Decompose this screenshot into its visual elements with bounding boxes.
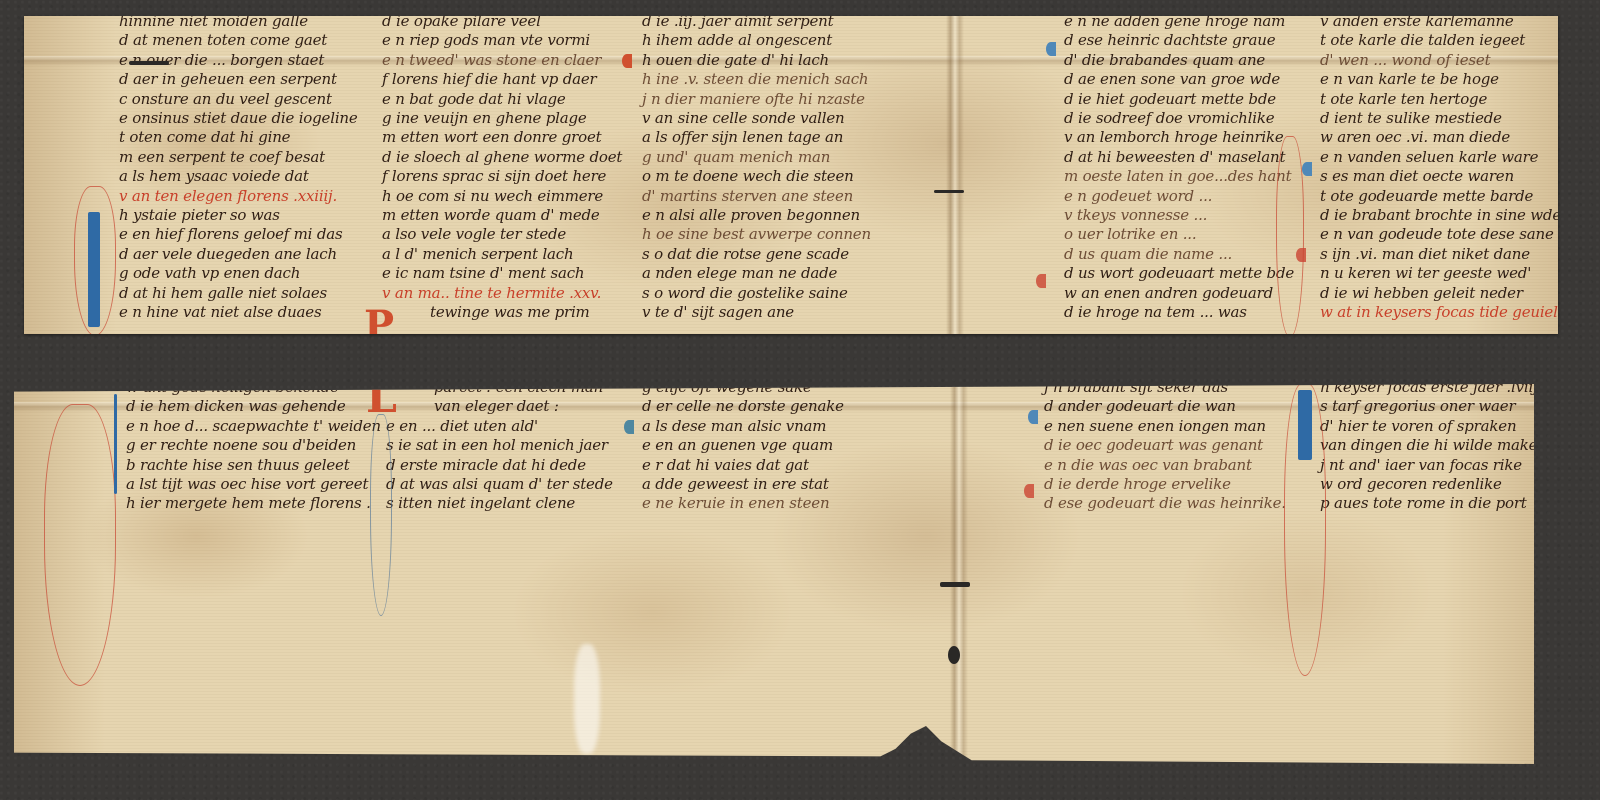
- text-line: d er celle ne dorste genake: [642, 397, 844, 416]
- manuscript-strip-top: hinnine niet moiden galle d at menen tot…: [24, 16, 1558, 334]
- text-line: tewinge was me prim: [382, 303, 622, 322]
- text-line: p aues tote rome in die port: [1320, 494, 1534, 513]
- text-column-3: g elijc oft wegene sake d er celle ne do…: [642, 384, 844, 514]
- text-line: d at hi beweesten d' maselant: [1064, 148, 1294, 167]
- text-line: d at was alsi quam d' ter stede: [386, 475, 613, 494]
- text-line: e n vanden seluen karle ware: [1320, 148, 1558, 167]
- red-flourish-icon: [44, 404, 116, 686]
- text-line: e n bat gode dat hi vlage: [382, 90, 622, 109]
- text-line: a ls hem ysaac voiede dat: [119, 167, 358, 186]
- text-line: g elijc oft wegene sake: [642, 384, 844, 397]
- text-line: d ese godeuart die was heinrike.: [1044, 494, 1286, 513]
- text-line: d ie oec godeuart was genant: [1044, 436, 1286, 455]
- paragraph-mark-icon: [624, 420, 634, 434]
- blue-flourish-icon: [370, 414, 392, 616]
- text-line: e r dat hi vaies dat gat: [642, 456, 844, 475]
- text-line: van eleger daet :: [386, 397, 613, 416]
- red-flourish-icon: [1276, 136, 1304, 334]
- text-line: s ie sat in een hol menich jaer: [386, 436, 613, 455]
- text-line: v an lemborch hroge heinrike: [1064, 128, 1294, 147]
- text-line: h ier mergete hem mete florens .: [126, 494, 381, 513]
- text-line: j nt and' iaer van focas rike: [1320, 456, 1534, 475]
- text-line: h oe sine best avwerpe connen: [642, 225, 871, 244]
- paragraph-mark-icon: [1036, 274, 1046, 288]
- text-line: a nden elege man ne dade: [642, 264, 871, 283]
- text-line: h ouen die gate d' hi lach: [642, 51, 871, 70]
- text-line: s ijn .vi. man diet niket dane: [1320, 245, 1558, 264]
- text-line: m etten worde quam d' mede: [382, 206, 622, 225]
- text-line: o m te doene wech die steen: [642, 167, 871, 186]
- text-line: e n hine vat niet alse duaes: [119, 303, 358, 322]
- center-fold: [950, 384, 968, 764]
- text-line: n u keren wi ter geeste wed': [1320, 264, 1558, 283]
- text-line: t ote godeuarde mette barde: [1320, 187, 1558, 206]
- text-column-2: d ie opake pilare veel e n riep gods man…: [382, 16, 622, 323]
- center-fold: [946, 16, 964, 334]
- text-column-4: j n brabant sijt seker das d ander godeu…: [1044, 384, 1286, 514]
- text-line: t ote karle ten hertoge: [1320, 90, 1558, 109]
- text-line: m oeste laten in goe...des hant: [1064, 167, 1294, 186]
- text-line: g er rechte noene sou d'beiden: [126, 436, 381, 455]
- text-line: h ihem adde al ongescent: [642, 31, 871, 50]
- text-line: e onsinus stiet daue die iogeline: [119, 109, 358, 128]
- text-line: w ant gods heiligen bekende: [126, 384, 381, 397]
- text-line: d ie opake pilare veel: [382, 16, 622, 31]
- text-line: n keyser focas erste jaer .lviij.: [1320, 384, 1534, 397]
- text-column-3: d ie .iij. jaer aimit serpent h ihem add…: [642, 16, 871, 323]
- text-line: e n ne adden gene hroge nam: [1064, 16, 1294, 31]
- text-line: s tarf gregorius oner waer: [1320, 397, 1534, 416]
- text-line: h oe com si nu wech eimmere: [382, 187, 622, 206]
- rubric-line: w at in keysers focas tide geuiel: [1320, 303, 1558, 322]
- text-line: s es man diet oecte waren: [1320, 167, 1558, 186]
- text-line: d ie hem dicken was gehende: [126, 397, 381, 416]
- text-line: c onsture an du veel gescent: [119, 90, 358, 109]
- text-line: d ie brabant brochte in sine wde: [1320, 206, 1558, 225]
- parchment-hole: [129, 61, 169, 65]
- blue-flourish-line: [114, 394, 117, 494]
- text-line: d erste miracle dat hi dede: [386, 456, 613, 475]
- text-line: a ls dese man alsic vnam: [642, 417, 844, 436]
- text-line: v te d' sijt sagen ane: [642, 303, 871, 322]
- red-flourish-icon: [1284, 384, 1326, 676]
- text-line: e n godeuet word ...: [1064, 187, 1294, 206]
- text-line: d' die brabandes quam ane: [1064, 51, 1294, 70]
- text-column-2: parcet : een clech man van eleger daet :…: [386, 384, 613, 514]
- red-initial-p: P: [364, 302, 394, 334]
- text-column-1: w ant gods heiligen bekende d ie hem dic…: [126, 384, 381, 514]
- text-line: e nen suene enen iongen man: [1044, 417, 1286, 436]
- text-column-4: e n ne adden gene hroge nam d ese heinri…: [1064, 16, 1294, 323]
- text-line: b rachte hise sen thuus geleet: [126, 456, 381, 475]
- text-line: j n dier maniere ofte hi nzaste: [642, 90, 871, 109]
- text-line: d ese heinric dachtste graue: [1064, 31, 1294, 50]
- paragraph-mark-icon: [1302, 162, 1312, 176]
- text-line: d' wen ... wond of ieset: [1320, 51, 1558, 70]
- text-column-5: v anden erste karlemanne t ote karle die…: [1320, 16, 1558, 323]
- paragraph-mark-icon: [1024, 484, 1034, 498]
- text-line: w ord gecoren redenlike: [1320, 475, 1534, 494]
- text-line: d aer vele duegeden ane lach: [119, 245, 358, 264]
- text-column-5: n keyser focas erste jaer .lviij. s tarf…: [1320, 384, 1534, 514]
- text-line: m etten wort een donre groet: [382, 128, 622, 147]
- parchment-stain: [574, 644, 600, 754]
- text-line: t ote karle die talden iegeet: [1320, 31, 1558, 50]
- text-line: parcet : een clech man: [386, 384, 613, 397]
- text-line: g ode vath vp enen dach: [119, 264, 358, 283]
- text-line: e n hoe d... scaepwachte t' weiden: [126, 417, 381, 436]
- text-line: d ie sloech al ghene worme doet: [382, 148, 622, 167]
- text-line: d ient te sulike mestiede: [1320, 109, 1558, 128]
- text-line: d ie derde hroge ervelike: [1044, 475, 1286, 494]
- paragraph-mark-icon: [622, 54, 632, 68]
- text-line: e n van godeude tote dese sane: [1320, 225, 1558, 244]
- text-line: e en hief florens geloef mi das: [119, 225, 358, 244]
- rubric-line: v an ma.. tine te hermite .xxv.: [382, 284, 622, 303]
- text-line: hinnine niet moiden galle: [119, 16, 358, 31]
- text-line: a dde geweest in ere stat: [642, 475, 844, 494]
- text-line: h ystaie pieter so was: [119, 206, 358, 225]
- text-line: t oten come dat hi gine: [119, 128, 358, 147]
- paragraph-mark-icon: [1028, 410, 1038, 424]
- text-line: a ls offer sijn lenen tage an: [642, 128, 871, 147]
- text-line: d ie hroge na tem ... was: [1064, 303, 1294, 322]
- text-line: v tkeys vonnesse ...: [1064, 206, 1294, 225]
- text-line: d at menen toten come gaet: [119, 31, 358, 50]
- text-line: v anden erste karlemanne: [1320, 16, 1558, 31]
- parchment-hole: [934, 190, 964, 193]
- text-line: o uer lotrike en ...: [1064, 225, 1294, 244]
- text-line: s o word die gostelike saine: [642, 284, 871, 303]
- text-line: a lso vele vogle ter stede: [382, 225, 622, 244]
- text-line: e n tweed' was stone en claer: [382, 51, 622, 70]
- text-line: e n die was oec van brabant: [1044, 456, 1286, 475]
- text-line: e en ... diet uten ald': [386, 417, 613, 436]
- text-line: f lorens hief die hant vp daer: [382, 70, 622, 89]
- text-line: d us quam die name ...: [1064, 245, 1294, 264]
- text-line: e n van karle te be hoge: [1320, 70, 1558, 89]
- text-line: m een serpent te coef besat: [119, 148, 358, 167]
- text-line: d ie wi hebben geleit neder: [1320, 284, 1558, 303]
- text-line: d ander godeuart die wan: [1044, 397, 1286, 416]
- text-line: d at hi hem galle niet solaes: [119, 284, 358, 303]
- text-line: e ic nam tsine d' ment sach: [382, 264, 622, 283]
- text-line: e n riep gods man vte vormi: [382, 31, 622, 50]
- text-line: h ine .v. steen die menich sach: [642, 70, 871, 89]
- text-line: d us wort godeuaart mette bde: [1064, 264, 1294, 283]
- text-line: g ine veuijn en ghene plage: [382, 109, 622, 128]
- parchment-hole: [940, 582, 970, 587]
- paragraph-mark-icon: [1046, 42, 1056, 56]
- text-line: d aer in geheuen een serpent: [119, 70, 358, 89]
- text-line: s o dat die rotse gene scade: [642, 245, 871, 264]
- text-line: e n alsi alle proven begonnen: [642, 206, 871, 225]
- text-line: s itten niet ingelant clene: [386, 494, 613, 513]
- text-line: v an sine celle sonde vallen: [642, 109, 871, 128]
- manuscript-strip-bottom: w ant gods heiligen bekende d ie hem dic…: [14, 384, 1534, 764]
- text-line: van dingen die hi wilde make: [1320, 436, 1534, 455]
- text-line: d ie sodreef doe vromichlike: [1064, 109, 1294, 128]
- text-line: j n brabant sijt seker das: [1044, 384, 1286, 397]
- rubric-line: v an ten elegen florens .xxiiij.: [119, 187, 358, 206]
- parchment-hole: [948, 646, 960, 664]
- text-line: w an enen andren godeuard: [1064, 284, 1294, 303]
- red-flourish-icon: [74, 186, 116, 334]
- text-line: a l d' menich serpent lach: [382, 245, 622, 264]
- text-line: d ae enen sone van groe wde: [1064, 70, 1294, 89]
- text-line: w aren oec .vi. man diede: [1320, 128, 1558, 147]
- text-line: d ie .iij. jaer aimit serpent: [642, 16, 871, 31]
- text-line: d ie hiet godeuart mette bde: [1064, 90, 1294, 109]
- text-line: e en an guenen vge quam: [642, 436, 844, 455]
- text-line: e ne keruie in enen steen: [642, 494, 844, 513]
- text-line: d' martins sterven ane steen: [642, 187, 871, 206]
- text-line: g und' quam menich man: [642, 148, 871, 167]
- text-line: f lorens sprac si sijn doet here: [382, 167, 622, 186]
- text-line: d' hier te voren of spraken: [1320, 417, 1534, 436]
- text-line: a lst tijt was oec hise vort gereet: [126, 475, 381, 494]
